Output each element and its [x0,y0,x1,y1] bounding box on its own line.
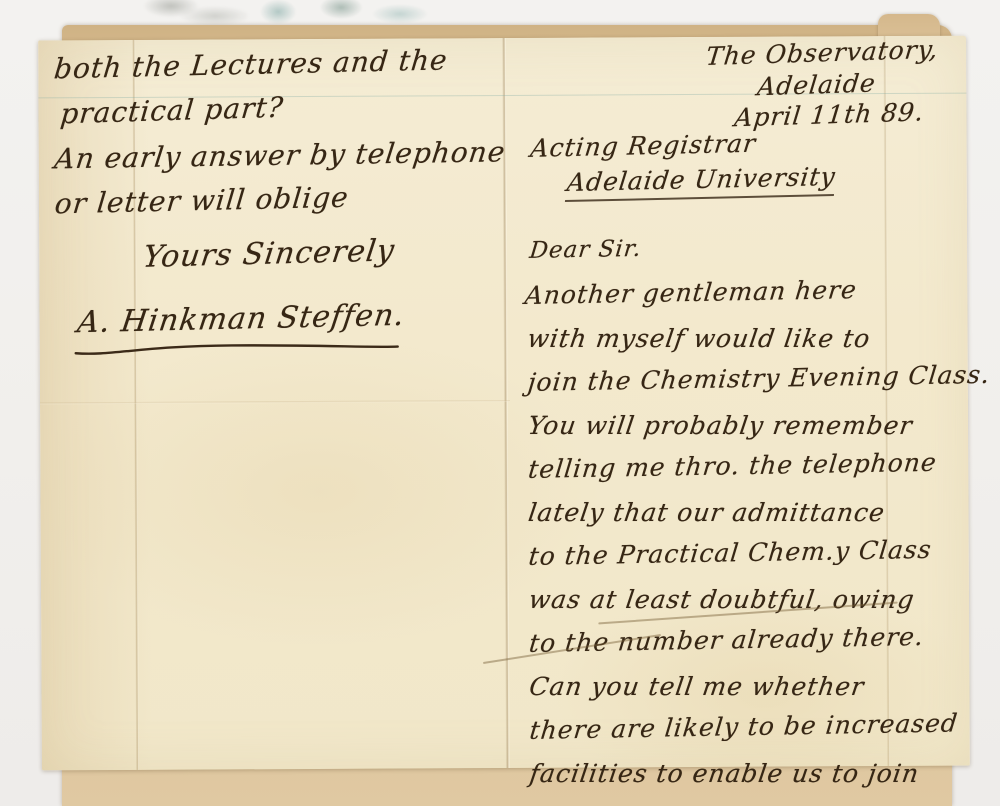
body-line: to the number already there. [527,613,994,665]
body-line-text: Another gentleman here [523,275,858,310]
signature: A. Hinkman Steffen. [75,298,410,341]
left-page: both the Lectures and the practical part… [54,44,502,358]
letterhead-line: Adelaide [756,68,878,101]
body-line: join the Chemistry Evening Class. [526,352,993,404]
body-line: Dear Sir.Another gentleman here [523,220,995,317]
body-line: facilities to enable us to join [527,752,995,796]
letter-date: April 11th 89. [733,97,926,132]
body-line: to the Practical Chem.y Class [527,526,994,578]
right-page: The Observatory, Adelaide April 11th 89.… [524,36,968,768]
recipient-line: Acting Registrar [529,129,758,163]
scanned-letter: both the Lectures and the practical part… [0,0,1000,806]
signature-block: A. Hinkman Steffen. [77,304,407,359]
recipient-line-underlined: Adelaide University [565,162,837,202]
body-line: telling me thro. the telephone [526,439,993,491]
salutation: Dear Sir. [527,228,644,274]
closing-line: Yours Sincerely [141,230,504,275]
signature-flourish [72,341,402,359]
letter-sheet: both the Lectures and the practical part… [38,36,970,771]
handwritten-line: or letter will oblige [53,171,503,226]
letter-body: Dear Sir.Another gentleman here with mys… [527,225,992,795]
fold-crease-horizontal [40,400,510,404]
letterhead-line: The Observatory, [704,35,939,71]
body-line: there are likely to be increased [527,700,994,752]
